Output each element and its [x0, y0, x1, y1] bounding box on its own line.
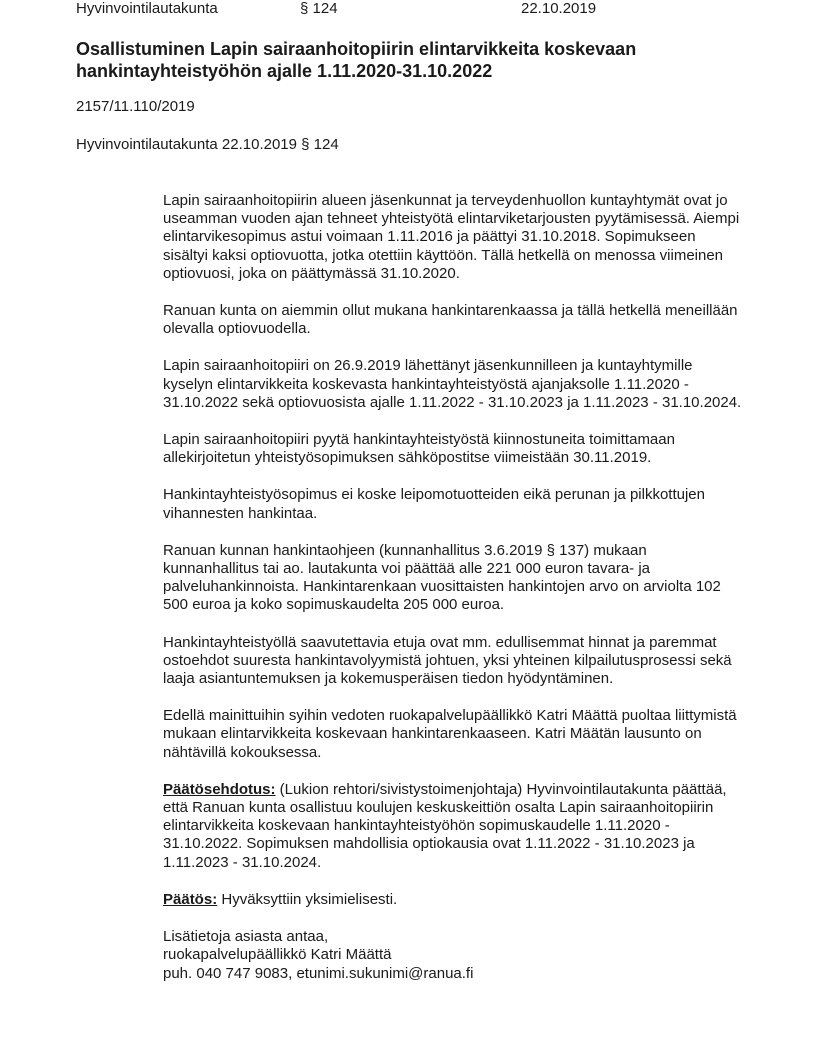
contact-intro: Lisätietoja asiasta antaa, — [163, 928, 743, 946]
paragraph: Ranuan kunnan hankintaohjeen (kunnanhall… — [163, 542, 743, 615]
decision: Päätös: Hyväksyttiin yksimielisesti. — [163, 891, 743, 909]
paragraph: Lapin sairaanhoitopiiri on 26.9.2019 läh… — [163, 357, 743, 412]
decision-label: Päätös: — [163, 891, 217, 908]
paragraph: Hankintayhteistyösopimus ei koske leipom… — [163, 486, 743, 522]
decision-proposal-label: Päätösehdotus: — [163, 781, 276, 798]
document-body: Lapin sairaanhoitopiirin alueen jäsenkun… — [163, 192, 743, 1002]
decision-proposal: Päätösehdotus: (Lukion rehtori/sivistyst… — [163, 781, 743, 872]
header-board: Hyvinvointilautakunta — [76, 0, 218, 18]
paragraph: Ranuan kunta on aiemmin ollut mukana han… — [163, 302, 743, 338]
header-section-number: § 124 — [300, 0, 338, 18]
meeting-reference: Hyvinvointilautakunta 22.10.2019 § 124 — [76, 136, 339, 154]
diary-number: 2157/11.110/2019 — [76, 98, 195, 116]
header-date: 22.10.2019 — [521, 0, 596, 18]
paragraph: Lapin sairaanhoitopiirin alueen jäsenkun… — [163, 192, 743, 283]
paragraph: Lapin sairaanhoitopiiri pyytä hankintayh… — [163, 431, 743, 467]
contact-info: Lisätietoja asiasta antaa, ruokapalvelup… — [163, 928, 743, 983]
contact-phone-email: puh. 040 747 9083, etunimi.sukunimi@ranu… — [163, 965, 743, 983]
contact-person: ruokapalvelupäällikkö Katri Määttä — [163, 946, 743, 964]
paragraph: Hankintayhteistyöllä saavutettavia etuja… — [163, 634, 743, 689]
paragraph: Edellä mainittuihin syihin vedoten ruoka… — [163, 707, 743, 762]
document-title: Osallistuminen Lapin sairaanhoitopiirin … — [76, 38, 736, 82]
decision-text: Hyväksyttiin yksimielisesti. — [217, 891, 397, 908]
